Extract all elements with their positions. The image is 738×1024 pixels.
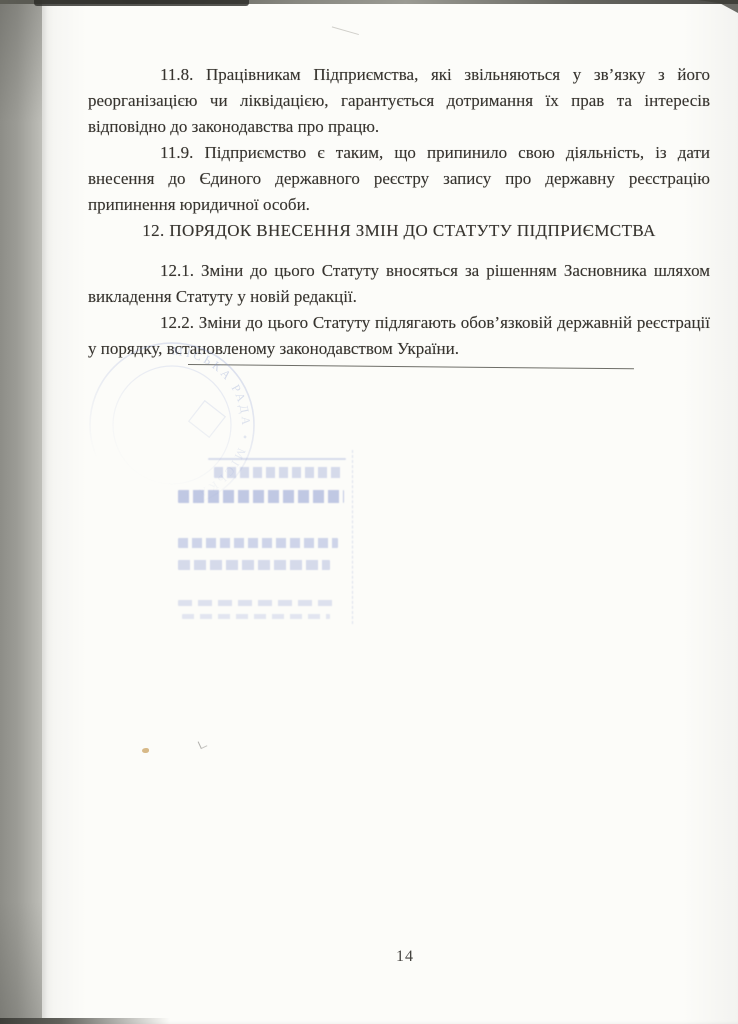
ink-transfer-line xyxy=(208,458,346,460)
ink-transfer-line xyxy=(178,560,330,570)
page-number: 14 xyxy=(330,948,480,966)
ink-transfer-line xyxy=(178,490,344,503)
top-scan-edge-dark-segment xyxy=(34,0,249,6)
section-12-heading: 12. ПОРЯДОК ВНЕСЕННЯ ЗМІН ДО СТАТУТУ ПІД… xyxy=(88,218,710,244)
paragraph-11-9: 11.9. Підприємство є таким, що припинило… xyxy=(88,140,710,218)
ink-transfer-line xyxy=(182,614,330,619)
mirrored-ink-transfer-stamp xyxy=(176,450,353,624)
ink-transfer-line xyxy=(178,600,338,606)
ink-transfer-line xyxy=(214,467,342,478)
document-text: 11.8. Працівникам Підприємства, які звіл… xyxy=(88,62,710,362)
scanned-document-page: 11.8. Працівникам Підприємства, які звіл… xyxy=(0,0,738,1024)
paragraph-11-8: 11.8. Працівникам Підприємства, які звіл… xyxy=(88,62,710,140)
bottom-scan-edge xyxy=(0,1018,170,1024)
ink-transfer-line xyxy=(178,538,338,548)
paper-speck xyxy=(142,748,149,753)
paragraph-12-1: 12.1. Зміни до цього Статуту вносяться з… xyxy=(88,258,710,310)
seal-center-emblem xyxy=(189,401,225,437)
